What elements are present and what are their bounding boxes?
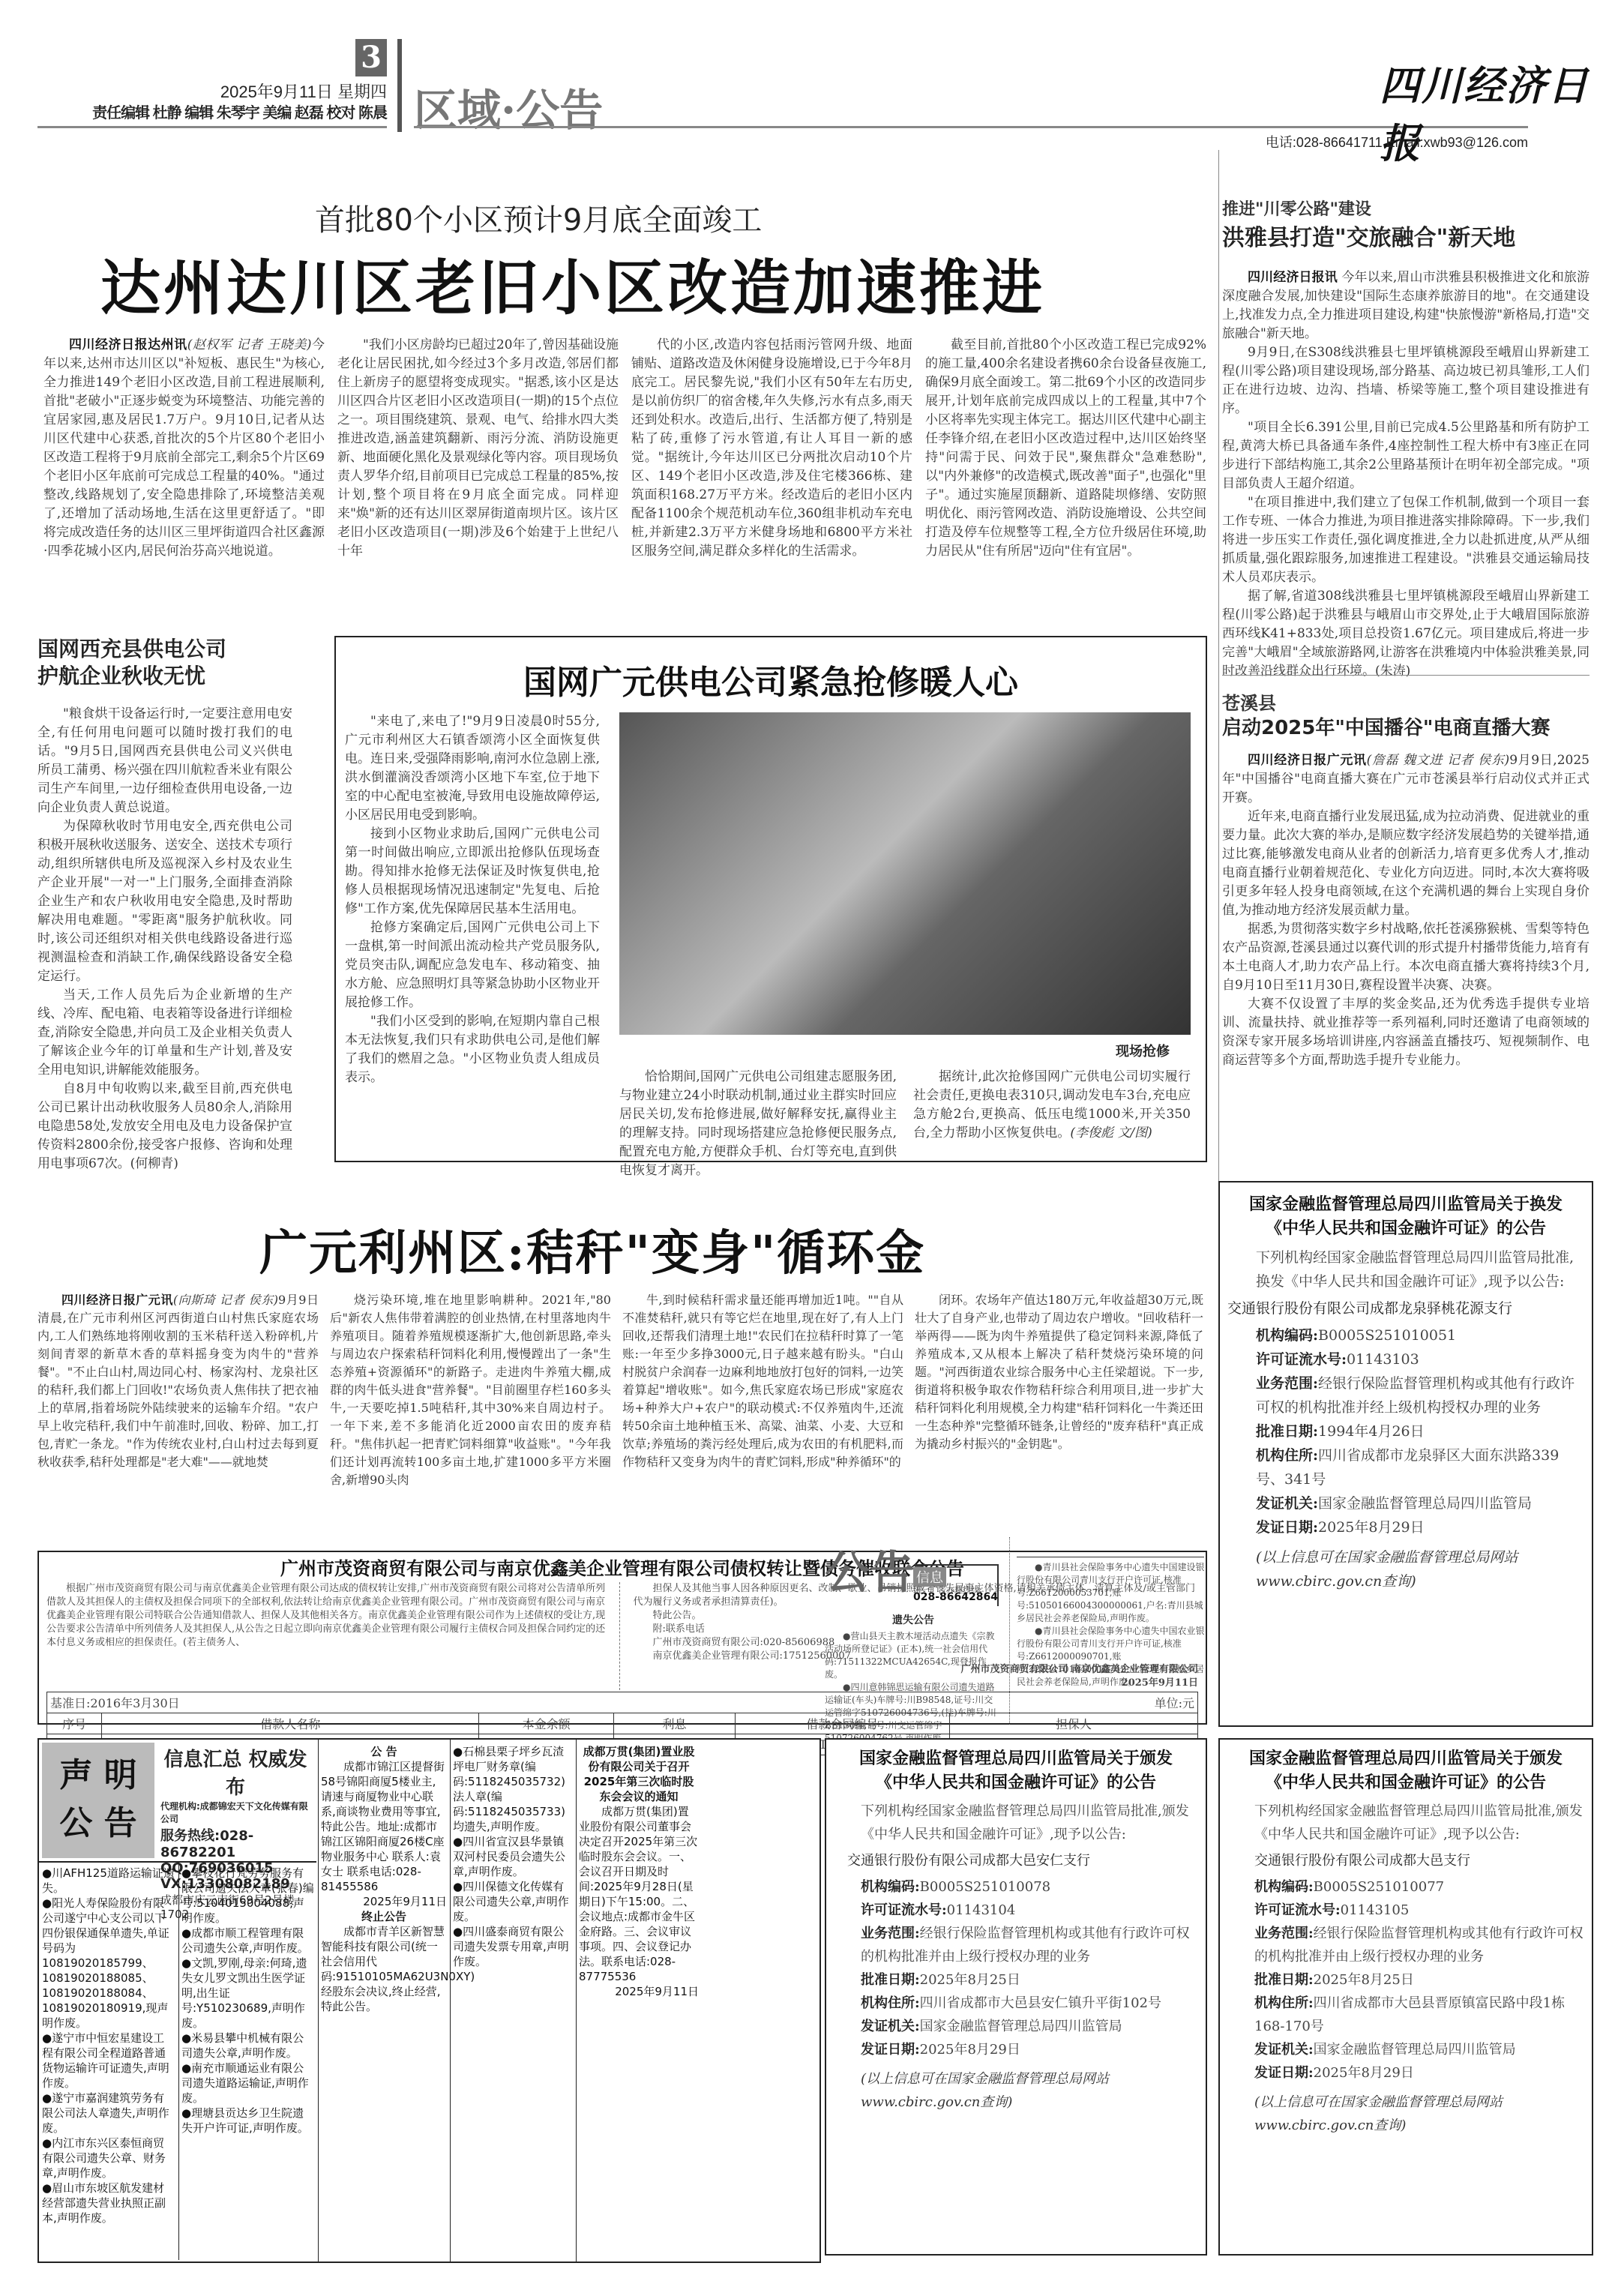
lead-column-3: 代的小区,改造内容包括雨污管网升级、地面铺贴、道路改造及休闲健身设施增设,已于今… xyxy=(631,336,912,561)
classified-heading: 成都万贯(集团)置业股份有限公司关于召开2025年第三次临时股东会会议的通知 xyxy=(579,1744,699,1804)
classified-date: 2025年9月11日 xyxy=(579,1984,699,1999)
cangxi-byline-authors: (詹磊 魏文进 记者 侯东) xyxy=(1367,753,1510,768)
field-label: 业务范围: xyxy=(1254,1926,1314,1941)
paragraph: 为保障秋收时节用电安全,西充供电公司积极开展秋收送服务、送安全、送技术专项行动,… xyxy=(37,817,292,986)
badge-line1: 声 明 xyxy=(42,1752,154,1800)
field-value: 四川省成都市大邑县安仁镇升平街102号 xyxy=(920,1995,1161,2011)
paragraph: 恰恰期间,国网广元供电公司组建志愿服务团,与物业建立24小时联动机制,通过业主群… xyxy=(619,1068,897,1180)
field-label: 机构住所: xyxy=(861,1995,920,2011)
field-value: 2025年8月29日 xyxy=(1318,1519,1425,1536)
paragraph: 近年来,电商直播行业发展迅猛,成为拉动消费、促进就业的重要力量。此次大赛的举办,… xyxy=(1222,808,1590,920)
col-header: 利息 xyxy=(614,1713,736,1734)
lead-column-1: 四川经济日报达州讯(赵权军 记者 王晓美)今年以来,达州市达川区以"补短板、惠民… xyxy=(43,336,325,561)
rule xyxy=(39,1861,316,1863)
field-label: 批准日期: xyxy=(861,1972,920,1988)
field-value: 2025年8月25日 xyxy=(920,1972,1020,1988)
notice-body: 下列机构经国家金融监督管理总局四川监管局批准,颁发《中华人民共和国金融许可证》,… xyxy=(834,1800,1198,2114)
notice-institution: 交通银行股份有限公司成都龙泉驿桃花源支行 xyxy=(1227,1296,1584,1320)
paragraph: 接到小区物业求助后,国网广元供电公司第一时间做出响应,立即派出抢修队伍现场查勘。… xyxy=(345,825,600,919)
notice-intro: 下列机构经国家金融监督管理总局四川监管局批准,颁发《中华人民共和国金融许可证》,… xyxy=(1227,1800,1584,1846)
xichong-headline-line1: 国网西充县供电公司 xyxy=(37,636,226,663)
lost-item: ●青川县社会保险事务中心遗失中国建设银行股份有限公司青川支行开户许可证,核准号:… xyxy=(1017,1561,1206,1625)
classified-item: ●成都市顺工程管理有限公司遗失公章,声明作废。 xyxy=(181,1926,315,1956)
classified-col-3: 公 告 成都市锦江区提督街58号锦阳商厦5楼业主,请速与商厦物业中心联系,商谈物… xyxy=(321,1744,447,2014)
notice-institution: 交通银行股份有限公司成都大邑支行 xyxy=(1227,1849,1584,1872)
field-label: 业务范围: xyxy=(1256,1375,1318,1392)
cangxi-headline: 启动2025年"中国播谷"电商直播大赛 xyxy=(1222,712,1550,740)
field-value: B0005S251010078 xyxy=(920,1879,1050,1895)
field-value: 01143105 xyxy=(1341,1902,1410,1918)
lost-item: ●青川县社会保险事务中心遗失中国农业银行股份有限公司青川支行开户许可证,核准号:… xyxy=(1017,1625,1206,1689)
lead-column-4: 截至目前,首批80个小区改造工程已完成92%的施工量,400余名建设者携60余台… xyxy=(925,336,1206,561)
lizhou-byline-authors: (向斯琦 记者 侯东) xyxy=(173,1293,278,1307)
lost-item: ●营山县天主教木垭活动点遗失《宗教活动场所登记证》(正本),统一社会信用代码:7… xyxy=(825,1630,1002,1681)
badge-line2: 公 告 xyxy=(42,1800,154,1848)
paragraph: 当天,工作人员先后为企业新增的生产线、冷库、配电箱、电表箱等设备进行详细检查,消… xyxy=(37,986,292,1080)
masthead-rule-right xyxy=(414,126,1528,128)
field-value: 2025年8月29日 xyxy=(1314,2065,1414,2081)
paragraph: "项目全长6.391公里,目前已完成4.5公里路基和所有防护工程,黄湾大桥已具备… xyxy=(1222,418,1590,493)
guangyuan-credit: (李俊彪 文/图) xyxy=(1070,1126,1152,1141)
classified-ads: 声 明 公 告 信息汇总 权威发布 代理机构:成都锦宏天下文化传媒有限公司 服务… xyxy=(37,1738,821,2263)
field-label: 许可证流水号: xyxy=(1256,1351,1347,1368)
lost-item: ●四川意韩锦思运输有限公司遗失道路运输证(车头)车牌号:川B98548,证号:川… xyxy=(825,1681,1002,1745)
cangxi-kicker: 苍溪县 xyxy=(1222,688,1276,715)
lead-column-text: 代的小区,改造内容包括雨污管网升级、地面铺贴、道路改造及休闲健身设施增设,已于今… xyxy=(631,336,912,561)
xichong-body: "粮食烘干设备运行时,一定要注意用电安全,有任何用电问题可以随时拨打我们的电话。… xyxy=(37,705,292,1173)
badge-rule xyxy=(915,1564,997,1566)
guangyuan-repair-box: 国网广元供电公司紧急抢修暖人心 "来电了,来电了!"9月9日凌晨0时55分,广元… xyxy=(334,636,1207,1162)
classified-item: ●遂宁市嘉润建筑劳务有限公司法人章遗失,声明作废。 xyxy=(42,2091,175,2136)
lost-col-2: ●青川县社会保险事务中心遗失中国建设银行股份有限公司青川支行开户许可证,核准号:… xyxy=(1017,1561,1206,1689)
field-value: B0005S251010051 xyxy=(1318,1327,1456,1344)
classified-item: 成都市青羊区新智慧智能科技有限公司(统一社会信用代码:91510105MA62U… xyxy=(321,1924,447,2014)
xichong-headline-line2: 护航企业秋收无忧 xyxy=(37,663,226,690)
field-label: 批准日期: xyxy=(1254,1972,1314,1988)
rule xyxy=(1017,1557,1204,1557)
field-label: 发证机关: xyxy=(1256,1495,1318,1512)
paragraph: 9月9日清晨,在广元市利州区河西街道白山村焦氏家庭农场内,工人们熟练地将刚收割的… xyxy=(37,1293,319,1469)
rule xyxy=(450,1740,451,2262)
guangyuan-col-2: 恰恰期间,国网广元供电公司组建志愿服务团,与物业建立24小时联动机制,通过业主群… xyxy=(619,1068,897,1180)
classified-date: 2025年9月11日 xyxy=(321,1894,447,1909)
lizhou-col-2: 烧污染环境,堆在地里影响耕种。2021年,"80后"新农人焦伟带着满腔的创业热情… xyxy=(330,1291,611,1489)
classified-heading: 公 告 xyxy=(321,1744,447,1759)
field-label: 批准日期: xyxy=(1256,1423,1318,1440)
paragraph: 抢修方案确定后,国网广元供电公司上下一盘棋,第一时间派出流动检共产党员服务队,党… xyxy=(345,919,600,1012)
paragraph: 据悉,为贯彻落实数字乡村战略,依托苍溪猕猴桃、雪梨等特色农产品资源,苍溪县通过以… xyxy=(1222,920,1590,995)
lizhou-byline: 四川经济日报广元讯 xyxy=(61,1293,173,1307)
masthead-divider xyxy=(397,39,402,132)
field-label: 机构编码: xyxy=(861,1879,920,1895)
license-notice-3: 国家金融监督管理总局四川监管局关于颁发 《中华人民共和国金融许可证》的公告 下列… xyxy=(1218,1738,1593,2256)
paragraph: 牛,到时候秸秆需求量还能再增加近1吨。""自从不准焚秸秆,就只有等它烂在地里,现… xyxy=(622,1291,903,1471)
column-rule xyxy=(1218,150,1219,1200)
classified-item: ●石棉县栗子坪乡瓦渣坪电厂财务章(编码:5118245035732)法人章(编码… xyxy=(453,1744,573,1834)
field-value: B0005S251010077 xyxy=(1314,1879,1444,1895)
lead-column-text: "我们小区房龄均已超过20年了,曾因基础设施老化让居民困扰,如今经过3个多月改造… xyxy=(337,336,619,561)
field-label: 发证机关: xyxy=(1254,2042,1314,2058)
editors-credit: 责任编辑 杜静 编辑 朱琴宇 美编 赵磊 校对 陈晨 xyxy=(60,100,387,122)
field-value: 01143103 xyxy=(1347,1351,1419,1368)
rule xyxy=(576,1740,577,2262)
hotline-number: 028-86642864 xyxy=(913,1591,998,1603)
field-label: 机构住所: xyxy=(1254,1995,1314,2011)
paragraph: "粮食烘干设备运行时,一定要注意用电安全,有任何用电问题可以随时拨打我们的电话。… xyxy=(37,705,292,817)
xichong-headline: 国网西充县供电公司 护航企业秋收无忧 xyxy=(37,636,226,690)
rule xyxy=(318,1740,319,2262)
notice-footer: (以上信息可在国家金融监督管理总局网站www.cbirc.gov.cn查询) xyxy=(834,2067,1198,2114)
field-label: 许可证流水号: xyxy=(861,1902,947,1918)
section-title: 区域·公告 xyxy=(414,75,603,138)
classified-col-2: ●攀枝花行梵劳务服务有限公司遗失法人章(张春)编号:5104015004088,… xyxy=(181,1866,315,2136)
classified-item: ●南充市顺通运业有限公司遗失道路运输证,声明作废。 xyxy=(181,2061,315,2106)
col-header: 本金余额 xyxy=(479,1713,614,1734)
classified-item: ●眉山市东坡区航发建材经营部遗失营业执照正副本,声明作废。 xyxy=(42,2181,175,2226)
notice-title-line2: 《中华人民共和国金融许可证》的公告 xyxy=(834,1771,1198,1795)
lead-column-text: 截至目前,首批80个小区改造工程已完成92%的施工量,400余名建设者携60余台… xyxy=(925,336,1206,561)
newspaper-logo: 四川经济日报 xyxy=(1380,54,1624,169)
paragraph: "在项目推进中,我们建立了包保工作机制,做到一个项目一套工作专班、一体合力推进,… xyxy=(1222,493,1590,587)
field-value: 1994年4月26日 xyxy=(1318,1423,1425,1440)
page-number: 3 xyxy=(355,39,387,76)
lead-byline: 四川经济日报达州讯 xyxy=(69,337,187,352)
notice-footer: (以上信息可在国家金融监督管理总局网站www.cbirc.gov.cn查询) xyxy=(1227,1545,1584,1593)
classified-agency: 代理机构:成都锦宏天下文化传媒有限公司 xyxy=(160,1800,310,1825)
notice-title-line2: 《中华人民共和国金融许可证》的公告 xyxy=(1227,1217,1584,1241)
lead-column-2: "我们小区房龄均已超过20年了,曾因基础设施老化让居民困扰,如今经过3个多月改造… xyxy=(337,336,619,561)
classified-item: ●内江市东兴区泰恒商贸有限公司遗失公章、财务章,声明作废。 xyxy=(42,2136,175,2181)
field-label: 业务范围: xyxy=(861,1926,920,1941)
field-label: 发证日期: xyxy=(1254,2065,1314,2081)
paragraph: 9月9日,在S308线洪雅县七里坪镇桃源段至峨眉山界新建工程(川零公路)项目建设… xyxy=(1222,343,1590,418)
rule xyxy=(178,1863,179,2260)
lizhou-col-3: 牛,到时候秸秆需求量还能再增加近1吨。""自从不准焚秸秆,就只有等它烂在地里,现… xyxy=(622,1291,903,1471)
classified-hotline: 服务热线:028-86782201 xyxy=(160,1825,310,1860)
cangxi-body: 四川经济日报广元讯(詹磊 魏文进 记者 侯东)9月9日,2025年"中国播谷"电… xyxy=(1222,751,1590,1070)
notice-body: 下列机构经国家金融监督管理总局四川监管局批准,换发《中华人民共和国金融许可证》,… xyxy=(1227,1245,1584,1593)
field-value: 01143104 xyxy=(947,1902,1016,1918)
notice-institution: 交通银行股份有限公司成都大邑安仁支行 xyxy=(834,1849,1198,1872)
classified-item: ●攀枝花行梵劳务服务有限公司遗失法人章(张春)编号:5104015004088,… xyxy=(181,1866,315,1926)
cangxi-byline: 四川经济日报广元讯 xyxy=(1248,753,1367,768)
paragraph: 闭环。农场年产值达180万元,年收益超30万元,既壮大了自身产业,也带动了周边农… xyxy=(915,1291,1203,1453)
classified-item: ●遂宁市中恒宏星建设工程有限公司全程道路普通货物运输许可证遗失,声明作废。 xyxy=(42,2031,175,2091)
lead-column-text: 今年以来,达州市达川区以"补短板、惠民生"为核心,全力推进149个老旧小区改造,… xyxy=(43,337,325,559)
notice-title-line2: 《中华人民共和国金融许可证》的公告 xyxy=(1227,1771,1584,1795)
lead-kicker: 首批80个小区预计9月底全面竣工 xyxy=(315,196,762,239)
paragraph: 大赛不仅设置了丰厚的奖金奖品,还为优秀选手提供专业培训、流量扶持、就业推荐等一系… xyxy=(1222,995,1590,1070)
classified-item: ●四川保德文化传媒有限公司遗失公章,声明作废。 xyxy=(453,1879,573,1924)
notice-title-line1: 国家金融监督管理总局四川监管局关于颁发 xyxy=(834,1747,1198,1771)
lead-headline: 达州达川区老旧小区改造加速推进 xyxy=(100,240,1045,326)
notice-title-line1: 国家金融监督管理总局四川监管局关于颁发 xyxy=(1227,1747,1584,1771)
field-value: 国家金融监督管理总局四川监管局 xyxy=(1314,2042,1516,2058)
hongya-byline: 四川经济日报讯 xyxy=(1248,270,1338,285)
classified-col-5: 成都万贯(集团)置业股份有限公司关于召开2025年第三次临时股东会会议的通知 成… xyxy=(579,1744,699,1999)
guangyuan-headline: 国网广元供电公司紧急抢修暖人心 xyxy=(336,655,1206,703)
lost-notices-block: 公告 信息 统一广告办理热线: 028-86642864 遗失公告 ●营山县天主… xyxy=(825,1537,1215,1725)
field-value: 2025年8月25日 xyxy=(1314,1972,1414,1988)
base-date: 基准日:2016年3月30日 xyxy=(47,1692,614,1713)
license-notice-2: 国家金融监督管理总局四川监管局关于颁发 《中华人民共和国金融许可证》的公告 下列… xyxy=(825,1738,1207,2256)
lizhou-headline: 广元利州区:秸秆"变身"循环金 xyxy=(259,1215,925,1284)
lost-col-1: ●营山县天主教木垭活动点遗失《宗教活动场所登记证》(正本),统一社会信用代码:7… xyxy=(825,1630,1002,1745)
license-notice-1: 国家金融监督管理总局四川监管局关于换发 《中华人民共和国金融许可证》的公告 下列… xyxy=(1218,1181,1593,1727)
classified-heading: 终止公告 xyxy=(321,1909,447,1924)
hongya-kicker: 推进"川零公路"建设 xyxy=(1222,196,1371,220)
issue-date: 2025年9月11日 星期四 xyxy=(150,79,387,103)
classified-item: ●川AFH125道路运输证遗失。 xyxy=(42,1866,175,1896)
contact-info: 电话:028-86641711 Email:xwb93@126.com xyxy=(1266,132,1528,151)
divider xyxy=(1222,675,1590,676)
guangyuan-col-1: "来电了,来电了!"9月9日凌晨0时55分,广元市利州区大石镇香颂湾小区全面恢复… xyxy=(345,712,600,1087)
lizhou-col-1: 四川经济日报广元讯(向斯琦 记者 侯东)9月9日清晨,在广元市利州区河西街道白山… xyxy=(37,1291,319,1471)
field-label: 发证机关: xyxy=(861,2019,920,2034)
paragraph: "我们小区受到的影响,在短期内靠自己根本无法恢复,我们只有求助供电公司,是他们解… xyxy=(345,1012,600,1087)
paragraph: 烧污染环境,堆在地里影响耕种。2021年,"80后"新农人焦伟带着满腔的创业热情… xyxy=(330,1291,611,1489)
photo-caption: 现场抢修 xyxy=(1116,1041,1170,1060)
notice-intro: 下列机构经国家金融监督管理总局四川监管局批准,换发《中华人民共和国金融许可证》,… xyxy=(1227,1245,1584,1293)
classified-item: ●文凯,罗刚,母亲:何琦,遗失女儿罗文凯出生医学证明,出生证号:Y5102306… xyxy=(181,1956,315,2031)
classified-item: ●阳光人寿保险股份有限公司遂宁中心支公司以下四份银保通保单遗失,单证号码为108… xyxy=(42,1896,175,2031)
field-label: 机构编码: xyxy=(1256,1327,1318,1344)
lost-notice-title: 遗失公告 xyxy=(825,1612,1002,1627)
paragraph: 自8月中旬收购以来,截至目前,西充供电公司已累计出动秋收服务人员80余人,消除用… xyxy=(37,1080,292,1173)
classified-item: 成都市锦江区提督街58号锦阳商厦5楼业主,请速与商厦物业中心联系,商谈物业费用等… xyxy=(321,1759,447,1894)
notice-footer: (以上信息可在国家金融监督管理总局网站www.cbirc.gov.cn查询) xyxy=(1227,2091,1584,2137)
debt-notice-left-text: 根据广州市茂资商贸有限公司与南京优鑫美企业管理有限公司达成的债权转让安排,广州市… xyxy=(46,1582,620,1690)
field-value: 2025年8月29日 xyxy=(920,2042,1020,2058)
field-label: 发证日期: xyxy=(861,2042,920,2058)
field-label: 发证日期: xyxy=(1256,1519,1318,1536)
hongya-headline: 洪雅县打造"交旅融合"新天地 xyxy=(1222,219,1515,252)
notice-body: 下列机构经国家金融监督管理总局四川监管局批准,颁发《中华人民共和国金融许可证》,… xyxy=(1227,1800,1584,2137)
announce-badge: 公告 xyxy=(825,1537,915,1602)
field-label: 许可证流水号: xyxy=(1254,1902,1341,1918)
field-label: 机构住所: xyxy=(1256,1447,1318,1464)
field-label: 机构编码: xyxy=(1254,1879,1314,1895)
masthead-rule-left xyxy=(37,126,387,128)
classified-slogan: 信息汇总 权威发布 xyxy=(160,1744,310,1800)
repair-photo xyxy=(619,712,1191,1035)
classified-col-4: ●石棉县栗子坪乡瓦渣坪电厂财务章(编码:5118245035732)法人章(编码… xyxy=(453,1744,573,1969)
field-value: 国家金融监督管理总局四川监管局 xyxy=(920,2019,1122,2034)
statement-badge: 声 明 公 告 xyxy=(42,1743,154,1858)
paragraph: 据了解,省道308线洪雅县七里坪镇桃源段至峨眉山界新建工程(川零公路)起于洪雅县… xyxy=(1222,587,1590,681)
paragraph: "来电了,来电了!"9月9日凌晨0时55分,广元市利州区大石镇香颂湾小区全面恢复… xyxy=(345,712,600,825)
classified-item: 成都万贯(集团)置业股份有限公司董事会决定召开2025年第三次临时股东会会议。一… xyxy=(579,1804,699,1984)
dotted-divider xyxy=(1009,1537,1010,1725)
classified-col-1: ●川AFH125道路运输证遗失。 ●阳光人寿保险股份有限公司遂宁中心支公司以下四… xyxy=(42,1866,175,2226)
classified-item: ●四川盛泰商贸有限公司遗失发票专用章,声明作废。 xyxy=(453,1924,573,1969)
field-value: 国家金融监督管理总局四川监管局 xyxy=(1318,1495,1532,1512)
col-header: 借款人名称 xyxy=(102,1713,479,1734)
col-header: 序号 xyxy=(47,1713,102,1734)
hongya-body: 四川经济日报讯 今年以来,眉山市洪雅县积极推进文化和旅游深度融合发展,加快建设"… xyxy=(1222,268,1590,681)
guangyuan-col-3: 据统计,此次抢修国网广元供电公司切实履行社会责任,更换电表310只,调动发电车3… xyxy=(913,1068,1191,1143)
lead-byline-authors: (赵权军 记者 王晓美) xyxy=(187,337,312,352)
notice-intro: 下列机构经国家金融监督管理总局四川监管局批准,颁发《中华人民共和国金融许可证》,… xyxy=(834,1800,1198,1846)
lizhou-col-4: 闭环。农场年产值达180万元,年收益超30万元,既壮大了自身产业,也带动了周边农… xyxy=(915,1291,1203,1453)
classified-item: ●米易县攀中机械有限公司遗失公章,声明作废。 xyxy=(181,2031,315,2061)
classified-item: ●理塘县贡达乡卫生院遗失开户许可证,声明作废。 xyxy=(181,2106,315,2136)
notice-title-line1: 国家金融监督管理总局四川监管局关于换发 xyxy=(1227,1193,1584,1217)
classified-item: ●四川省宣汉县华景镇双河村民委员会遗失公章,声明作废。 xyxy=(453,1834,573,1879)
